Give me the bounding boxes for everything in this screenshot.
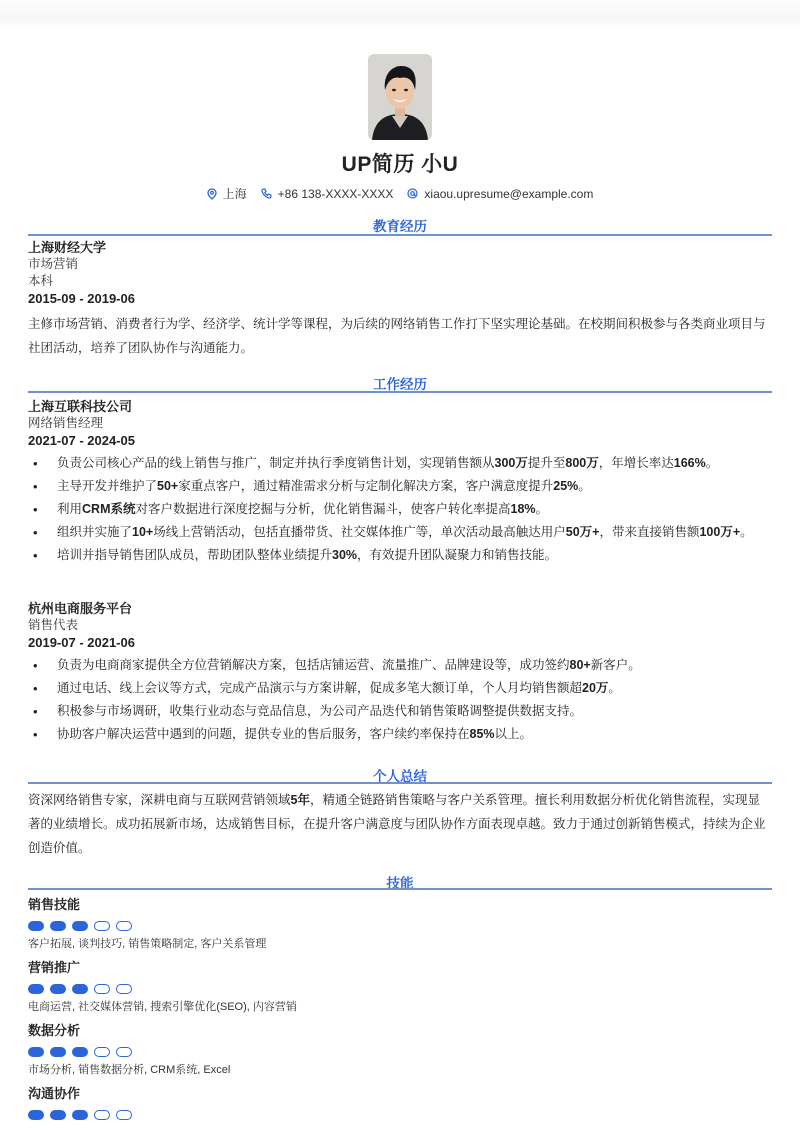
level-dot-filled: [28, 921, 44, 931]
contact-email-text: xiaou.upresume@example.com: [424, 187, 593, 201]
skill-level-indicator: [28, 1110, 772, 1120]
at-sign-icon: [407, 188, 418, 199]
skill-item: 沟通协作: [28, 1085, 772, 1120]
phone-icon: [261, 188, 272, 199]
education-description: 主修市场营销、消费者行为学、经济学、统计学等课程，为后续的网络销售工作打下坚实理…: [28, 312, 772, 360]
level-dot-filled: [50, 1110, 66, 1120]
education-dates: 2015-09 - 2019-06: [28, 290, 772, 307]
contact-email[interactable]: xiaou.upresume@example.com: [407, 187, 593, 201]
level-dot-filled: [72, 1110, 88, 1120]
level-dot-empty: [94, 984, 110, 994]
level-dot-empty: [116, 1047, 132, 1057]
contact-location-text: 上海: [223, 185, 247, 202]
skill-name: 数据分析: [28, 1022, 772, 1039]
level-dot-filled: [50, 921, 66, 931]
level-dot-filled: [28, 984, 44, 994]
school-name: 上海财经大学: [28, 239, 772, 256]
contact-phone[interactable]: +86 138-XXXX-XXXX: [261, 187, 394, 201]
level-dot-filled: [72, 1047, 88, 1057]
skill-description: 市场分析, 销售数据分析, CRM系统, Excel: [28, 1063, 772, 1077]
section-divider: [28, 391, 772, 393]
skill-name: 销售技能: [28, 896, 772, 913]
education-entry: 上海财经大学 市场营销 本科 2015-09 - 2019-06 主修市场营销、…: [28, 239, 772, 360]
contact-location: 上海: [207, 185, 247, 202]
bullet-item: 负责为电商商家提供全方位营销解决方案，包括店铺运营、流量推广、品牌建设等，成功签…: [28, 656, 772, 675]
resume-header: UP简历 小U 上海 +86 138-XXXX-XXXX xiaou.upres…: [0, 54, 800, 202]
level-dot-empty: [94, 1110, 110, 1120]
skills-list: 销售技能客户拓展, 谈判技巧, 销售策略制定, 客户关系管理营销推广电商运营, …: [28, 896, 772, 1128]
contact-row: 上海 +86 138-XXXX-XXXX xiaou.upresume@exam…: [0, 185, 800, 202]
level-dot-empty: [94, 921, 110, 931]
skill-item: 数据分析市场分析, 销售数据分析, CRM系统, Excel: [28, 1022, 772, 1077]
job-bullets: 负责为电商商家提供全方位营销解决方案，包括店铺运营、流量推广、品牌建设等，成功签…: [28, 656, 772, 744]
work-entry-1: 上海互联科技公司 网络销售经理 2021-07 - 2024-05 负责公司核心…: [28, 398, 772, 569]
skill-item: 营销推广电商运营, 社交媒体营销, 搜索引擎优化(SEO), 内容营销: [28, 959, 772, 1014]
skill-description: 电商运营, 社交媒体营销, 搜索引擎优化(SEO), 内容营销: [28, 1000, 772, 1014]
company-name: 杭州电商服务平台: [28, 600, 772, 617]
skill-name: 营销推广: [28, 959, 772, 976]
profile-photo: [368, 54, 432, 140]
work-entry-2: 杭州电商服务平台 销售代表 2019-07 - 2021-06 负责为电商商家提…: [28, 600, 772, 748]
skill-item: 销售技能客户拓展, 谈判技巧, 销售策略制定, 客户关系管理: [28, 896, 772, 951]
company-name: 上海互联科技公司: [28, 398, 772, 415]
bullet-item: 积极参与市场调研，收集行业动态与竞品信息，为公司产品迭代和销售策略调整提供数据支…: [28, 702, 772, 721]
skill-name: 沟通协作: [28, 1085, 772, 1102]
level-dot-empty: [116, 921, 132, 931]
major: 市场营销: [28, 256, 772, 273]
level-dot-filled: [50, 1047, 66, 1057]
candidate-name: UP简历 小U: [0, 148, 800, 178]
section-divider: [28, 234, 772, 236]
level-dot-empty: [116, 984, 132, 994]
bullet-item: 负责公司核心产品的线上销售与推广，制定并执行季度销售计划，实现销售额从300万提…: [28, 454, 772, 473]
job-role: 网络销售经理: [28, 415, 772, 432]
job-dates: 2021-07 - 2024-05: [28, 432, 772, 449]
skill-level-indicator: [28, 984, 772, 994]
bullet-item: 协助客户解决运营中遇到的问题，提供专业的售后服务，客户续约率保持在85%以上。: [28, 725, 772, 744]
bullet-item: 主导开发并维护了50+家重点客户，通过精准需求分析与定制化解决方案，客户满意度提…: [28, 477, 772, 496]
skill-description: 客户拓展, 谈判技巧, 销售策略制定, 客户关系管理: [28, 937, 772, 951]
level-dot-filled: [72, 984, 88, 994]
section-title-work: 工作经历: [28, 373, 772, 393]
job-dates: 2019-07 - 2021-06: [28, 634, 772, 651]
resume-page: UP简历 小U 上海 +86 138-XXXX-XXXX xiaou.upres…: [0, 0, 800, 1130]
location-pin-icon: [207, 188, 217, 200]
summary-text: 资深网络销售专家，深耕电商与互联网营销领域5年，精通全链路销售策略与客户关系管理…: [28, 788, 772, 860]
level-dot-empty: [94, 1047, 110, 1057]
bullet-item: 培训并指导销售团队成员，帮助团队整体业绩提升30%，有效提升团队凝聚力和销售技能…: [28, 546, 772, 565]
contact-phone-text: +86 138-XXXX-XXXX: [278, 187, 394, 201]
top-shadow: [0, 0, 800, 30]
job-role: 销售代表: [28, 617, 772, 634]
skill-level-indicator: [28, 921, 772, 931]
bullet-item: 组织并实施了10+场线上营销活动，包括直播带货、社交媒体推广等，单次活动最高触达…: [28, 523, 772, 542]
degree: 本科: [28, 273, 772, 290]
job-bullets: 负责公司核心产品的线上销售与推广，制定并执行季度销售计划，实现销售额从300万提…: [28, 454, 772, 565]
section-divider: [28, 782, 772, 784]
level-dot-filled: [28, 1110, 44, 1120]
bullet-item: 通过电话、线上会议等方式，完成产品演示与方案讲解，促成多笔大额订单，个人月均销售…: [28, 679, 772, 698]
level-dot-filled: [50, 984, 66, 994]
level-dot-empty: [116, 1110, 132, 1120]
level-dot-filled: [28, 1047, 44, 1057]
bullet-item: 利用CRM系统对客户数据进行深度挖掘与分析，优化销售漏斗，使客户转化率提高18%…: [28, 500, 772, 519]
section-divider: [28, 888, 772, 890]
level-dot-filled: [72, 921, 88, 931]
section-title-education: 教育经历: [28, 215, 772, 235]
skill-level-indicator: [28, 1047, 772, 1057]
